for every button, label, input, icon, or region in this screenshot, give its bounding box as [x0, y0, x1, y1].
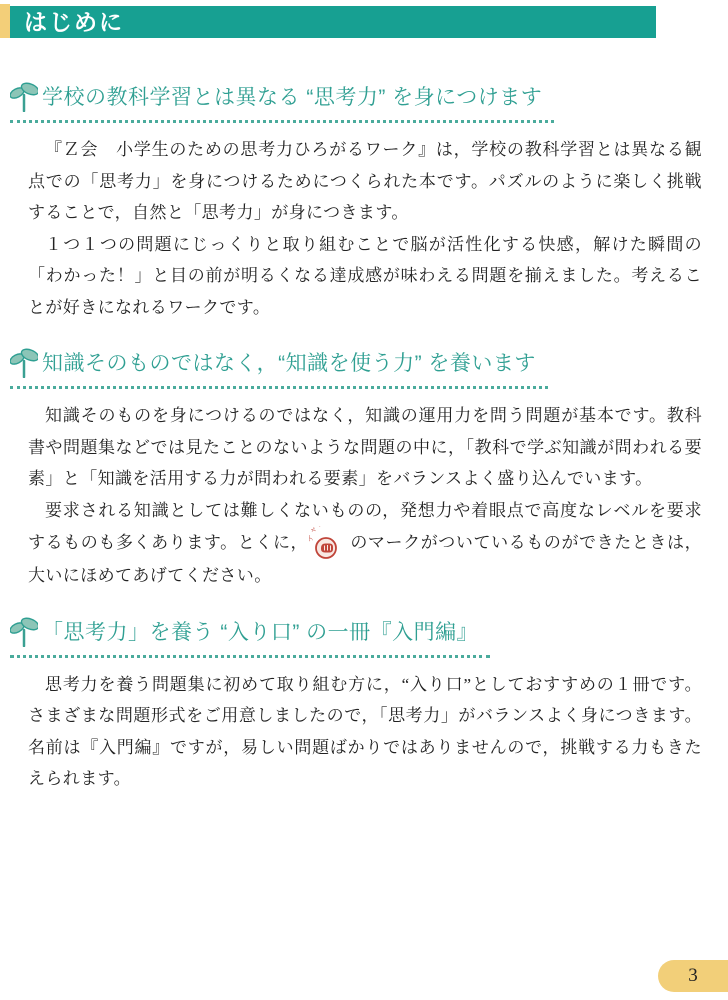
section-3-heading-box: 「思考力」を養う “入り口” の一冊『入門編』: [10, 618, 490, 658]
header-left-notch: [0, 4, 10, 38]
section-1: 学校の教科学習とは異なる “思考力” を身につけます: [10, 83, 702, 123]
sprout-icon: [10, 82, 38, 112]
page-content: 学校の教科学習とは異なる “思考力” を身につけます 『Ｚ会 小学生のための思考…: [0, 83, 728, 795]
section-2: 知識そのものではなく，“知識を使う力” を養います: [10, 349, 702, 389]
paragraph: 『Ｚ会 小学生のための思考力ひろがるワーク』は，学校の教科学習とは異なる観点での…: [28, 134, 702, 229]
paragraph-with-mark: 要求される知識としては難しくないものの，発想力や着眼点で高度なレベルを要求するも…: [28, 495, 702, 592]
paragraph: １つ１つの問題にじっくりと取り組むことで脳が活性化する快感，解けた瞬間の「わかっ…: [28, 229, 702, 324]
sprout-icon: [10, 617, 38, 647]
section-1-heading-box: 学校の教科学習とは異なる “思考力” を身につけます: [10, 83, 554, 123]
page-title-banner: はじめに: [10, 6, 656, 38]
paragraph: 思考力を養う問題集に初めて取り組む方に，“入り口”としておすすめの１冊です。さま…: [28, 669, 702, 795]
section-2-heading-box: 知識そのものではなく，“知識を使う力” を養います: [10, 349, 548, 389]
section-3: 「思考力」を養う “入り口” の一冊『入門編』: [10, 618, 702, 658]
challenge-mark-icon: チャレンジ: [309, 526, 349, 560]
page-number-tab: 3: [658, 960, 728, 992]
page-header: はじめに: [0, 0, 728, 38]
sprout-icon: [10, 348, 38, 378]
section-2-heading: 知識そのものではなく，“知識を使う力” を養います: [42, 352, 536, 375]
book-page: はじめに 学校の教科学習とは異なる “思考力” を身につけます 『Ｚ会 小学生の…: [0, 0, 728, 1000]
paragraph: 知識そのものを身につけるのではなく，知識の運用力を問う問題が基本です。教科書や問…: [28, 400, 702, 495]
section-1-heading: 学校の教科学習とは異なる “思考力” を身につけます: [42, 86, 542, 109]
page-title: はじめに: [10, 6, 124, 38]
section-3-heading: 「思考力」を養う “入り口” の一冊『入門編』: [42, 621, 478, 644]
page-number: 3: [688, 965, 698, 987]
